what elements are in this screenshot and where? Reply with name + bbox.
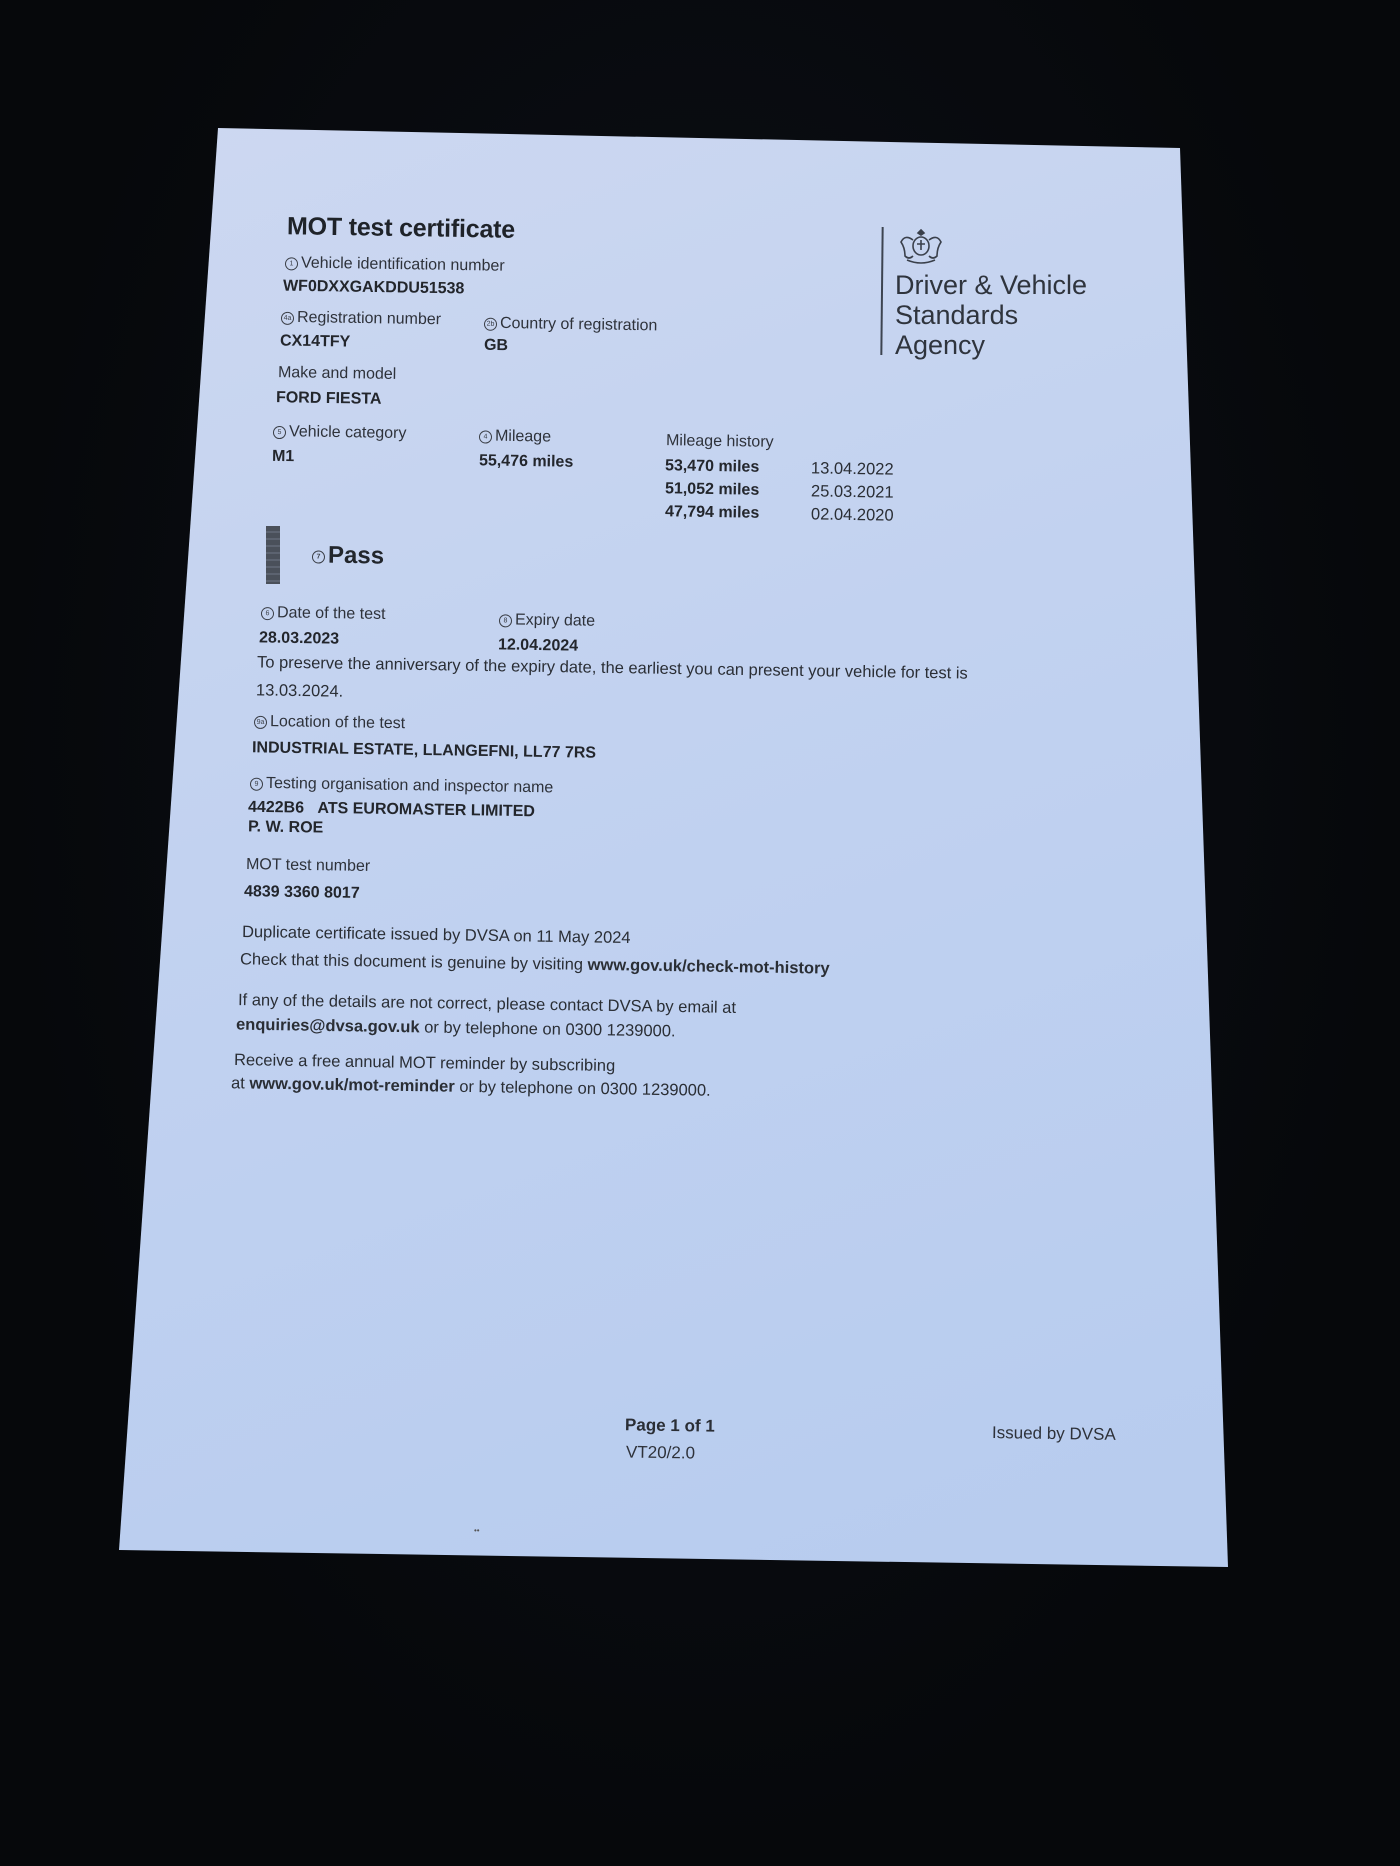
test-number-label: MOT test number — [246, 856, 370, 876]
field-marker-icon: 9a — [254, 716, 267, 729]
check-genuine-note: Check that this document is genuine by v… — [240, 950, 830, 978]
reminder-prefix: at — [231, 1074, 250, 1092]
field-marker-icon: 1 — [285, 257, 298, 270]
field-marker-icon: 8 — [499, 614, 512, 627]
category-label-text: Vehicle category — [289, 423, 407, 442]
mileage-label-text: Mileage — [495, 428, 551, 446]
contact-line2: enquiries@dvsa.gov.uk or by telephone on… — [236, 1016, 676, 1042]
field-marker-icon: 6 — [261, 607, 274, 620]
test-date-label-text: Date of the test — [277, 604, 386, 623]
check-prefix: Check that this document is genuine by v… — [240, 950, 588, 973]
expiry-date-label: 8Expiry date — [499, 611, 595, 631]
result-value: Pass — [328, 542, 384, 570]
organisation-value: 4422B6 ATS EUROMASTER LIMITED — [248, 799, 535, 822]
mileage-history-label: Mileage history — [666, 432, 774, 452]
location-label-text: Location of the test — [270, 713, 405, 732]
field-marker-icon: 5 — [273, 426, 286, 439]
country-label: 2bCountry of registration — [484, 315, 658, 336]
history-miles-3: 47,794 miles — [665, 503, 760, 522]
registration-value: CX14TFY — [280, 332, 351, 351]
field-marker-icon: 4a — [281, 312, 294, 325]
test-date-label: 6Date of the test — [261, 604, 386, 624]
agency-line1: Driver & Vehicle — [895, 270, 1087, 300]
paper-speck: •• — [474, 1526, 480, 1535]
organisation-label-text: Testing organisation and inspector name — [266, 775, 554, 797]
expiry-date-label-text: Expiry date — [515, 611, 595, 629]
contact-line1: If any of the details are not correct, p… — [238, 991, 736, 1018]
reminder-suffix: or by telephone on 0300 1239000. — [455, 1078, 711, 1100]
country-value: GB — [484, 337, 508, 355]
issued-by: Issued by DVSA — [992, 1423, 1116, 1445]
history-date-3: 02.04.2020 — [811, 505, 894, 525]
field-marker-icon: 4 — [479, 430, 492, 443]
history-miles-2: 51,052 miles — [665, 480, 760, 499]
expiry-date-value: 12.04.2024 — [498, 636, 578, 655]
site-id: 4422B6 — [248, 799, 304, 817]
agency-line2: Standards — [895, 300, 1087, 330]
test-result: 7Pass — [312, 541, 384, 570]
history-miles-1: 53,470 miles — [665, 457, 760, 476]
contact-suffix: or by telephone on 0300 1239000. — [419, 1018, 675, 1040]
registration-label-text: Registration number — [297, 309, 441, 328]
check-mot-history-link[interactable]: www.gov.uk/check-mot-history — [587, 956, 829, 978]
location-value: INDUSTRIAL ESTATE, LLANGEFNI, LL77 7RS — [252, 739, 596, 762]
organisation-label: 9Testing organisation and inspector name — [250, 775, 554, 798]
contact-email-link[interactable]: enquiries@dvsa.gov.uk — [236, 1016, 420, 1037]
agency-name: Driver & Vehicle Standards Agency — [895, 270, 1087, 360]
logo-divider — [880, 227, 883, 355]
country-label-text: Country of registration — [500, 315, 658, 334]
mileage-label: 4Mileage — [479, 427, 551, 446]
reminder-line2: at www.gov.uk/mot-reminder or by telepho… — [231, 1074, 711, 1101]
registration-label: 4aRegistration number — [281, 309, 441, 330]
inspector-name: P. W. ROE — [248, 818, 324, 837]
category-value: M1 — [272, 448, 295, 466]
make-model-label: Make and model — [278, 364, 397, 384]
organisation-name: ATS EUROMASTER LIMITED — [317, 800, 535, 820]
history-date-2: 25.03.2021 — [811, 482, 894, 502]
test-date-value: 28.03.2023 — [259, 629, 339, 648]
page-number: Page 1 of 1 — [625, 1415, 715, 1436]
form-code: VT20/2.0 — [626, 1442, 695, 1463]
royal-crest-icon — [895, 226, 947, 266]
mot-reminder-link[interactable]: www.gov.uk/mot-reminder — [249, 1075, 455, 1096]
anniversary-note-line2: 13.03.2024. — [256, 681, 343, 701]
location-label: 9aLocation of the test — [254, 713, 405, 733]
field-marker-icon: 7 — [312, 550, 325, 563]
category-label: 5Vehicle category — [273, 423, 407, 443]
mot-certificate: MOT test certificate 1Vehicle identifica… — [0, 0, 1400, 1866]
test-number-value: 4839 3360 8017 — [244, 883, 360, 903]
document-title: MOT test certificate — [287, 212, 515, 245]
duplicate-note: Duplicate certificate issued by DVSA on … — [242, 923, 631, 948]
result-indicator-bar — [266, 526, 280, 584]
field-marker-icon: 2b — [484, 318, 497, 331]
vin-label: 1Vehicle identification number — [285, 254, 505, 275]
field-marker-icon: 9 — [250, 778, 263, 791]
reminder-line1: Receive a free annual MOT reminder by su… — [234, 1051, 615, 1076]
make-model-value: FORD FIESTA — [276, 389, 382, 409]
vin-value: WF0DXXGAKDDU51538 — [283, 278, 465, 299]
anniversary-note-line1: To preserve the anniversary of the expir… — [257, 653, 968, 683]
vin-label-text: Vehicle identification number — [301, 255, 505, 275]
history-date-1: 13.04.2022 — [811, 459, 894, 479]
agency-line3: Agency — [895, 330, 1087, 360]
mileage-value: 55,476 miles — [479, 452, 574, 471]
